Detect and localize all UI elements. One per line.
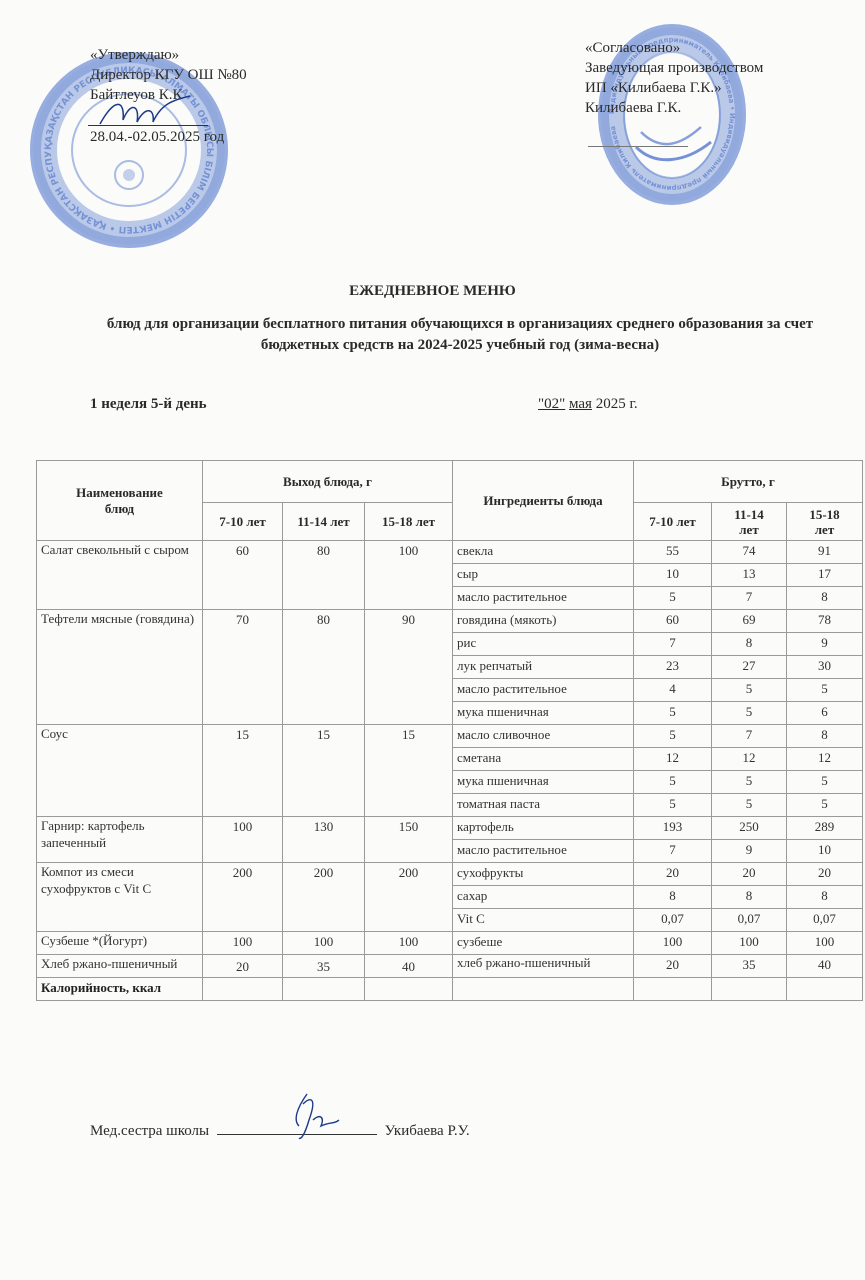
ingredient-gross: 0,07 <box>712 909 787 932</box>
ingredient-gross: 13 <box>712 564 787 587</box>
ingredient-gross: 9 <box>712 840 787 863</box>
dish-name: Тефтели мясные (говядина) <box>37 610 203 725</box>
dish-yield: 70 <box>203 610 283 725</box>
calories-label: Калорийность, ккал <box>37 978 203 1001</box>
director-signature <box>95 92 195 132</box>
ingredient-gross: 7 <box>634 840 712 863</box>
dish-yield: 200 <box>365 863 453 932</box>
dish-yield: 100 <box>203 817 283 863</box>
ingredient-gross: 5 <box>634 587 712 610</box>
table-row: Соус151515масло сливочное578 <box>37 725 863 748</box>
dish-yield: 15 <box>203 725 283 817</box>
ingredient-gross: 5 <box>712 702 787 725</box>
header-yield-age: 11-14 лет <box>283 503 365 541</box>
header-dish-name: Наименование блюд <box>37 461 203 541</box>
ingredient-name: томатная паста <box>453 794 634 817</box>
header-gross-age: 7-10 лет <box>634 503 712 541</box>
agreement-signature-line <box>588 146 688 147</box>
dish-yield: 15 <box>365 725 453 817</box>
ingredient-gross: 8 <box>787 886 863 909</box>
header-yield-age: 7-10 лет <box>203 503 283 541</box>
table-row: Сузбеше *(Йогурт)100100100сузбеше1001001… <box>37 932 863 955</box>
ingredient-gross: 100 <box>712 932 787 955</box>
dish-name: Салат свекольный с сыром <box>37 541 203 610</box>
ingredient-gross: 250 <box>712 817 787 840</box>
ingredient-name: мука пшеничная <box>453 702 634 725</box>
ingredient-gross: 20 <box>712 863 787 886</box>
ingredient-gross: 5 <box>712 771 787 794</box>
ingredient-name: хлеб ржано-пшеничный <box>453 955 634 978</box>
dish-yield: 35 <box>283 955 365 978</box>
ingredient-gross: 10 <box>634 564 712 587</box>
dish-yield: 80 <box>283 541 365 610</box>
ingredient-name: масло сливочное <box>453 725 634 748</box>
ingredient-gross: 60 <box>634 610 712 633</box>
table-row: Гарнир: картофель запеченный100130150кар… <box>37 817 863 840</box>
ingredient-gross: 9 <box>787 633 863 656</box>
ingredient-name: Vit C <box>453 909 634 932</box>
dish-yield: 150 <box>365 817 453 863</box>
ingredient-name: сухофрукты <box>453 863 634 886</box>
dish-yield: 40 <box>365 955 453 978</box>
footer-role: Мед.сестра школы <box>90 1123 209 1139</box>
dish-yield: 90 <box>365 610 453 725</box>
table-row: Салат свекольный с сыром6080100свекла557… <box>37 541 863 564</box>
ingredient-gross: 100 <box>787 932 863 955</box>
ingredient-gross: 7 <box>712 587 787 610</box>
ingredient-gross: 40 <box>787 955 863 978</box>
dish-yield: 20 <box>203 955 283 978</box>
dish-name: Сузбеше *(Йогурт) <box>37 932 203 955</box>
ingredient-gross: 12 <box>787 748 863 771</box>
table-row: Тефтели мясные (говядина)708090говядина … <box>37 610 863 633</box>
menu-date: "02" мая 2025 г. <box>538 396 638 413</box>
dish-yield: 15 <box>283 725 365 817</box>
dish-yield: 100 <box>365 932 453 955</box>
date-year: 2025 г. <box>596 396 638 412</box>
agreement-company: ИП «Килибаева Г.К.» <box>585 78 763 98</box>
document-title: ЕЖЕДНЕВНОЕ МЕНЮ <box>0 283 865 300</box>
footer-signature: Мед.сестра школы Укибаева Р.У. <box>90 1120 470 1140</box>
ingredient-name: рис <box>453 633 634 656</box>
ingredient-gross: 5 <box>787 771 863 794</box>
header-gross-age: 15-18 лет <box>787 503 863 541</box>
nurse-signature <box>285 1090 345 1142</box>
ingredient-name: масло растительное <box>453 840 634 863</box>
ingredient-gross: 7 <box>712 725 787 748</box>
ingredient-gross: 20 <box>634 863 712 886</box>
ingredient-gross: 7 <box>634 633 712 656</box>
header-gross-age: 11-14 лет <box>712 503 787 541</box>
ingredient-name: масло растительное <box>453 587 634 610</box>
header-yield-age: 15-18 лет <box>365 503 453 541</box>
ingredient-gross: 8 <box>787 587 863 610</box>
ingredient-gross: 5 <box>634 725 712 748</box>
ingredient-gross: 0,07 <box>787 909 863 932</box>
ingredient-gross: 20 <box>787 863 863 886</box>
dish-yield: 130 <box>283 817 365 863</box>
ingredient-name: сахар <box>453 886 634 909</box>
ingredient-gross: 5 <box>712 679 787 702</box>
header-yield: Выход блюда, г <box>203 461 453 503</box>
ingredient-name: картофель <box>453 817 634 840</box>
dish-name: Компот из смеси сухофруктов с Vit C <box>37 863 203 932</box>
dish-yield: 100 <box>365 541 453 610</box>
ingredient-name: свекла <box>453 541 634 564</box>
agreement-block: «Согласовано» Заведующая производством И… <box>585 38 763 118</box>
ingredient-gross: 27 <box>712 656 787 679</box>
ingredient-gross: 35 <box>712 955 787 978</box>
dish-yield: 60 <box>203 541 283 610</box>
dish-name: Хлеб ржано-пшеничный <box>37 955 203 978</box>
ingredient-gross: 100 <box>634 932 712 955</box>
ingredient-gross: 6 <box>787 702 863 725</box>
date-month: мая <box>569 396 592 412</box>
ingredient-gross: 193 <box>634 817 712 840</box>
dish-yield: 100 <box>203 932 283 955</box>
ingredient-gross: 20 <box>634 955 712 978</box>
ingredient-gross: 12 <box>634 748 712 771</box>
header-ingredients: Ингредиенты блюда <box>453 461 634 541</box>
ingredient-name: мука пшеничная <box>453 771 634 794</box>
ingredient-gross: 5 <box>787 794 863 817</box>
ingredient-gross: 0,07 <box>634 909 712 932</box>
dish-yield: 80 <box>283 610 365 725</box>
ingredient-gross: 5 <box>634 702 712 725</box>
ingredient-gross: 10 <box>787 840 863 863</box>
ingredient-gross: 289 <box>787 817 863 840</box>
ingredient-gross: 78 <box>787 610 863 633</box>
calories-row: Калорийность, ккал <box>37 978 863 1001</box>
ingredient-name: сметана <box>453 748 634 771</box>
calories-cell <box>283 978 365 1001</box>
ingredient-gross: 17 <box>787 564 863 587</box>
calories-cell <box>365 978 453 1001</box>
dish-yield: 200 <box>283 863 365 932</box>
ingredient-gross: 8 <box>634 886 712 909</box>
dish-name: Гарнир: картофель запеченный <box>37 817 203 863</box>
agreement-position: Заведующая производством <box>585 58 763 78</box>
ingredient-gross: 55 <box>634 541 712 564</box>
menu-table-body: Салат свекольный с сыром6080100свекла557… <box>37 541 863 978</box>
dish-name: Соус <box>37 725 203 817</box>
header-gross: Брутто, г <box>634 461 863 503</box>
ingredient-gross: 74 <box>712 541 787 564</box>
date-day: "02" <box>538 396 565 412</box>
ingredient-gross: 69 <box>712 610 787 633</box>
calories-cell <box>634 978 712 1001</box>
calories-cell <box>203 978 283 1001</box>
ingredient-name: сыр <box>453 564 634 587</box>
table-row: Хлеб ржано-пшеничный203540хлеб ржано-пше… <box>37 955 863 978</box>
document-subtitle: блюд для организации бесплатного питания… <box>100 314 820 356</box>
ingredient-name: говядина (мякоть) <box>453 610 634 633</box>
ingredient-gross: 5 <box>634 771 712 794</box>
ingredient-gross: 4 <box>634 679 712 702</box>
ingredient-gross: 12 <box>712 748 787 771</box>
calories-cell <box>712 978 787 1001</box>
table-row: Компот из смеси сухофруктов с Vit C20020… <box>37 863 863 886</box>
calories-cell <box>453 978 634 1001</box>
ingredient-gross: 8 <box>712 886 787 909</box>
ingredient-gross: 5 <box>712 794 787 817</box>
agreement-heading: «Согласовано» <box>585 38 763 58</box>
calories-cell <box>787 978 863 1001</box>
ingredient-gross: 8 <box>712 633 787 656</box>
approval-heading: «Утверждаю» <box>90 45 247 65</box>
footer-name: Укибаева Р.У. <box>385 1123 470 1139</box>
agreement-name: Килибаева Г.К. <box>585 98 763 118</box>
ingredient-gross: 23 <box>634 656 712 679</box>
approval-position: Директор КГУ ОШ №80 <box>90 65 247 85</box>
ingredient-gross: 8 <box>787 725 863 748</box>
ingredient-gross: 91 <box>787 541 863 564</box>
ingredient-gross: 5 <box>787 679 863 702</box>
menu-table: Наименование блюд Выход блюда, г Ингреди… <box>36 460 863 1001</box>
dish-yield: 200 <box>203 863 283 932</box>
ingredient-name: лук репчатый <box>453 656 634 679</box>
ingredient-gross: 30 <box>787 656 863 679</box>
dish-yield: 100 <box>283 932 365 955</box>
ingredient-name: сузбеше <box>453 932 634 955</box>
week-day: 1 неделя 5-й день <box>90 396 207 413</box>
ingredient-gross: 5 <box>634 794 712 817</box>
ingredient-name: масло растительное <box>453 679 634 702</box>
